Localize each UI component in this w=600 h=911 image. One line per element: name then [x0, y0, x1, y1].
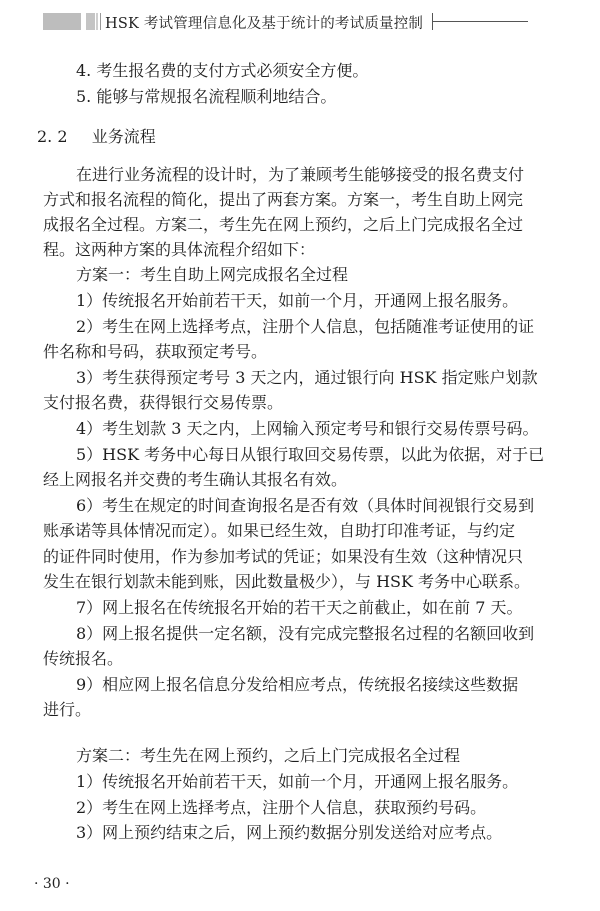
plan2-title: 方案二：考生先在网上预约，之后上门完成报名全过程 — [76, 745, 460, 767]
plan1-step: 3）考生获得预定考号 3 天之内，通过银行向 HSK 指定账户划款 — [76, 367, 538, 389]
running-title: HSK 考试管理信息化及基于统计的考试质量控制 — [105, 12, 423, 33]
paragraph-line: 程。这两种方案的具体流程介绍如下： — [43, 239, 315, 261]
plan1-step-cont: 支付报名费，获得银行交易传票。 — [43, 392, 283, 414]
header-rule — [433, 21, 528, 22]
header-divider — [100, 13, 101, 30]
header-decor-block — [96, 13, 98, 30]
header-decor-block — [86, 13, 95, 30]
paragraph-line: 成报名全过程。方案二，考生先在网上预约，之后上门完成报名全过 — [43, 214, 523, 236]
section-title: 业务流程 — [92, 127, 156, 146]
plan1-step-cont: 传统报名。 — [43, 648, 123, 670]
plan1-step-cont: 发生在银行划款未能到账，因此数量极少），与 HSK 考务中心联系。 — [43, 571, 530, 593]
plan1-step-cont: 进行。 — [43, 699, 91, 721]
plan2-step: 3）网上预约结束之后，网上预约数据分别发送给对应考点。 — [76, 822, 502, 844]
section-number: 2. 2 — [37, 127, 68, 146]
header-decor-block — [43, 13, 81, 30]
plan1-step: 9）相应网上报名信息分发给相应考点，传统报名接续这些数据 — [76, 674, 518, 696]
plan1-step: 2）考生在网上选择考点，注册个人信息，包括随准考证使用的证 — [76, 316, 534, 338]
plan2-step: 1）传统报名开始前若干天，如前一个月，开通网上报名服务。 — [76, 771, 518, 793]
plan1-step: 4）考生划款 3 天之内，上网输入预定考号和银行交易传票号码。 — [76, 418, 539, 440]
paragraph-line: 方式和报名流程的简化，提出了两套方案。方案一，考生自助上网完 — [43, 189, 523, 211]
plan1-step: 7）网上报名在传统报名开始的若干天之前截止，如在前 7 天。 — [76, 597, 523, 619]
paragraph-line: 在进行业务流程的设计时，为了兼顾考生能够接受的报名费支付 — [76, 164, 524, 186]
plan1-step-cont: 件名称和号码，获取预定考号。 — [43, 341, 267, 363]
running-header: HSK 考试管理信息化及基于统计的考试质量控制 — [43, 10, 563, 34]
list-item: 5. 能够与常规报名流程顺利地结合。 — [76, 86, 336, 108]
plan1-step: 5）HSK 考务中心每日从银行取回交易传票，以此为依据，对于已 — [76, 444, 544, 466]
plan2-step: 2）考生在网上选择考点，注册个人信息，获取预约号码。 — [76, 797, 486, 819]
plan1-step: 1）传统报名开始前若干天，如前一个月，开通网上报名服务。 — [76, 290, 518, 312]
plan1-title: 方案一：考生自助上网完成报名全过程 — [76, 264, 348, 286]
page-number: · 30 · — [34, 876, 70, 892]
section-heading: 2. 2 业务流程 — [37, 126, 156, 148]
plan1-step-cont: 经上网报名并交费的考生确认其报名有效。 — [43, 469, 347, 491]
plan1-step: 8）网上报名提供一定名额，没有完成完整报名过程的名额回收到 — [76, 623, 534, 645]
list-item: 4. 考生报名费的支付方式必须安全方便。 — [76, 60, 368, 82]
plan1-step: 6）考生在规定的时间查询报名是否有效（具体时间视银行交易到 — [76, 495, 534, 517]
plan1-step-cont: 的证件同时使用，作为参加考试的凭证；如果没有生效（这种情况只 — [43, 546, 523, 568]
plan1-step-cont: 账承诺等具体情况而定）。如果已经生效，自助打印准考证，与约定 — [43, 520, 515, 542]
